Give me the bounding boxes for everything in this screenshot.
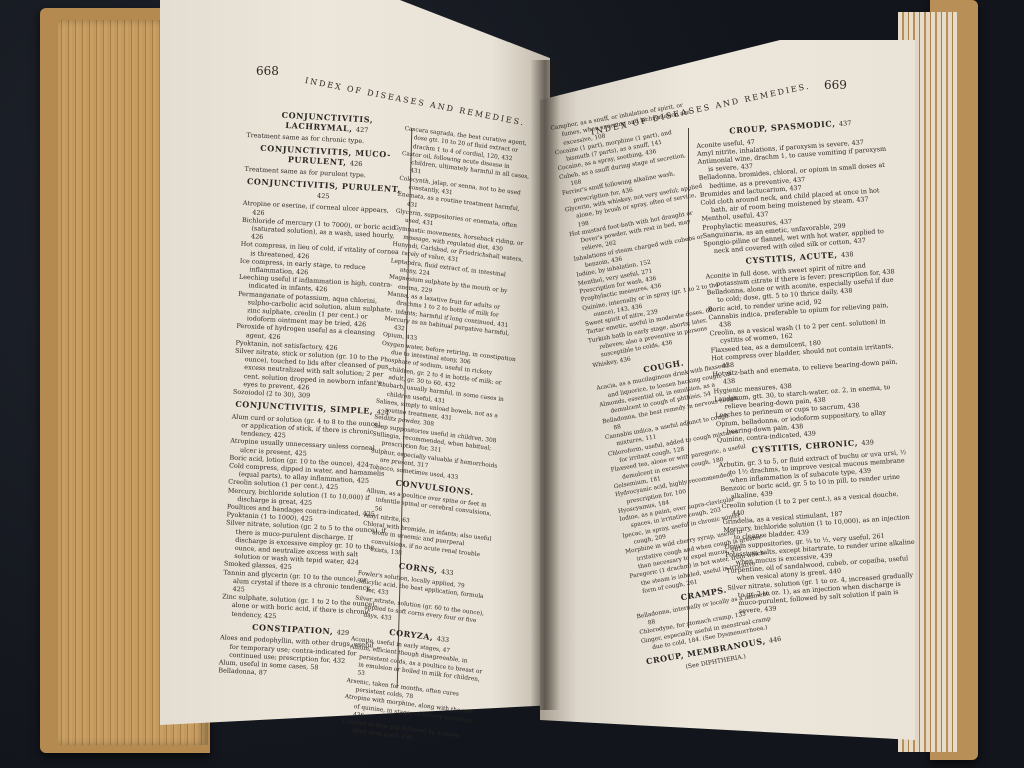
page-reference: 429: [336, 628, 349, 637]
page-reference: 427: [356, 125, 369, 134]
page-reference: 439: [861, 438, 874, 447]
page-reference: 425: [317, 192, 330, 201]
page-reference: 426: [350, 159, 363, 168]
page-reference: 437: [839, 119, 852, 128]
page-reference: 433: [436, 634, 449, 643]
left-page-number: 668: [256, 64, 279, 78]
right-page-column-2: CROUP, SPASMODIC, 437Aconite useful, 47A…: [695, 112, 919, 617]
page-reference: 438: [841, 251, 854, 260]
open-book-photo: 668 669 INDEX OF DISEASES AND REMEDIES. …: [0, 0, 1024, 768]
page-reference: 446: [768, 635, 782, 645]
page-reference: 433: [441, 568, 454, 577]
right-page-number: 669: [824, 78, 847, 92]
